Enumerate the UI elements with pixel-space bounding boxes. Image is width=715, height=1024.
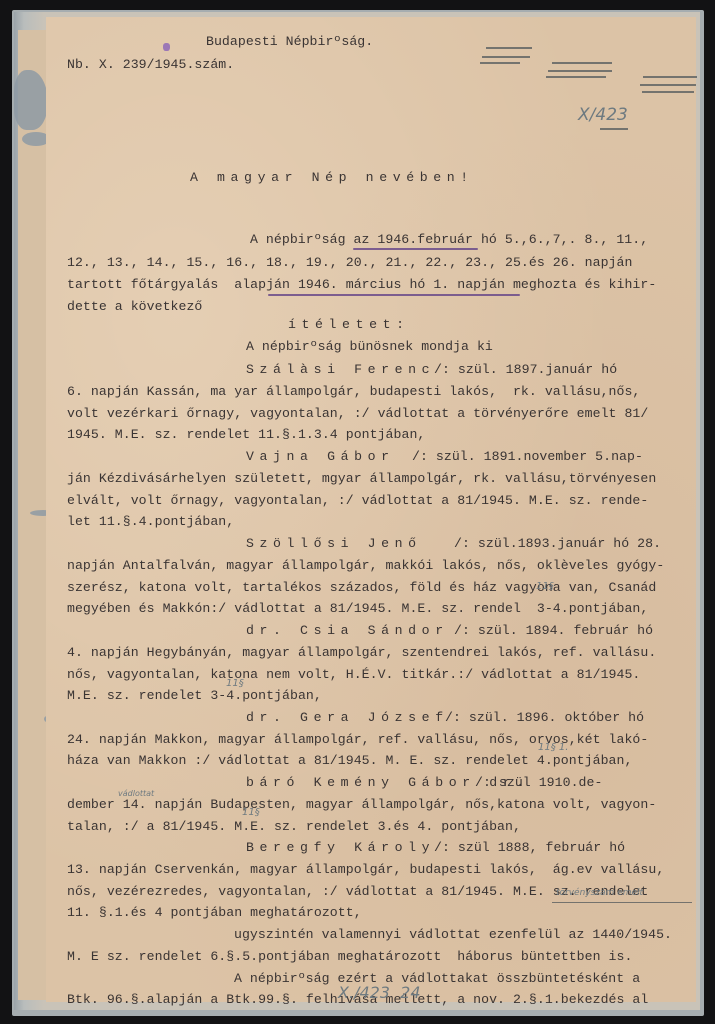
defendant-text: 4. napján Hegybányán, magyar állampolgár… xyxy=(67,646,656,659)
handwritten-annotation: 11§ xyxy=(242,807,260,818)
defendant-text: megyében és Makkón:/ vádlottat a 81/1945… xyxy=(67,602,648,615)
pencil-underline xyxy=(600,128,628,130)
closing-line-1: ugyszintén valamennyi vádlottat ezenfelü… xyxy=(234,928,672,941)
defendant-text: /: szül. 1897.január hó xyxy=(434,363,617,376)
archive-mark-bottom: X./423 24 xyxy=(338,983,421,1002)
defendant-text: /: szül 1888, február hó xyxy=(434,841,625,854)
closing-line-3: A népbirºság ezért a vádlottakat összbün… xyxy=(234,972,640,985)
defendant-text: let 11.§.4.pontjában, xyxy=(67,515,234,528)
defendant-text: dember 14. napján Budapesten, magyar áll… xyxy=(67,798,656,811)
defendant-text: 1945. M.E. sz. rendelet 11.§.1.3.4 pontj… xyxy=(67,428,425,441)
scanned-document: Budapesti Népbirºság. Nb. X. 239/1945.sz… xyxy=(0,0,715,1024)
defendant-name: Szálàsi Ferenc xyxy=(246,363,435,376)
intro-line-4: dette a következő xyxy=(67,300,202,313)
intro-line-2: 12., 13., 14., 15., 16., 18., 19., 20., … xyxy=(67,256,632,269)
defendant-text: nős, vagyontalan, katona nem volt, H.É.V… xyxy=(67,668,640,681)
defendant-text: 13. napján Cservenkán, magyar állampolgá… xyxy=(67,863,664,876)
pencil-strike xyxy=(480,62,520,64)
defendant-text: 6. napján Kassán, ma yar állampolgár, bu… xyxy=(67,385,640,398)
ink-mark xyxy=(163,43,170,51)
closing-line-2: M. E sz. rendelet 6.§.5.pontjában meghat… xyxy=(67,950,632,963)
defendant-text: napján Antalfalván, magyar állampolgár, … xyxy=(67,559,664,572)
defendant-text: háza van Makkon :/ vádlottat a 81/1945. … xyxy=(67,754,632,767)
archive-mark-top: X/423 xyxy=(578,105,628,125)
pencil-strike xyxy=(640,84,696,86)
defendant-text: szerész, katona volt, tartalékos százado… xyxy=(67,581,656,594)
defendant-name: Beregfy Károly xyxy=(246,841,435,854)
pencil-strike xyxy=(552,62,612,64)
pencil-underline xyxy=(552,902,692,903)
handwritten-annotation: 11§ xyxy=(226,678,244,689)
handwritten-annotation: 11§ xyxy=(536,581,554,592)
defendant-text: /: szül. 1896. október hó xyxy=(445,711,644,724)
defendant-text: elvált, volt őrnagy, vagyontalan, :/ vád… xyxy=(67,494,648,507)
verdict-intro: A népbirºság bünösnek mondja ki xyxy=(246,340,493,353)
handwritten-annotation: 11§ 1. xyxy=(538,742,568,753)
defendant-name: dr. Gera József xyxy=(246,711,449,724)
pencil-strike xyxy=(482,56,530,58)
intro-line-1: A népbirºság az 1946.február hó 5.,6.,7,… xyxy=(250,233,648,246)
defendant-name: dr. Csia Sándor xyxy=(246,624,449,637)
pencil-strike xyxy=(643,76,697,78)
case-number: Nb. X. 239/1945.szám. xyxy=(67,58,234,71)
pencil-strike xyxy=(546,76,606,78)
verdict-title: ítéletet: xyxy=(288,318,410,331)
defendant-text: ján Kézdivásárhelyen született, mgyar ál… xyxy=(67,472,656,485)
handwritten-annotation: törvényszám emelt xyxy=(556,888,643,898)
defendant-text: /: szül 1910.de- xyxy=(475,776,602,789)
defendant-text: M.E. sz. rendelet 3-4.pontjában, xyxy=(67,689,322,702)
defendant-text: /: szül. 1891.november 5.nap- xyxy=(412,450,643,463)
defendant-text: volt vezérkari őrnagy, vagyontalan, :/ v… xyxy=(67,407,648,420)
heading: A magyar Nép nevében! xyxy=(190,171,474,184)
defendant-text: 11. §.1.és 4 pontjában meghatározott, xyxy=(67,906,362,919)
defendant-name: Szöllősi Jenő xyxy=(246,537,422,550)
ink-underline xyxy=(353,248,478,250)
handwritten-annotation: vádlottat xyxy=(118,789,154,798)
court-name: Budapesti Népbirºság. xyxy=(206,35,373,48)
defendant-text: talan, :/ a 81/1945. M.E. sz. rendelet 3… xyxy=(67,820,521,833)
pencil-strike xyxy=(642,91,694,93)
ink-underline xyxy=(268,294,520,296)
defendant-text: /: szül.1893.január hó 28. xyxy=(454,537,661,550)
pencil-strike xyxy=(486,47,532,49)
defendant-name: Vajna Gábor xyxy=(246,450,395,463)
pencil-strike xyxy=(548,70,612,72)
defendant-text: /: szül. 1894. február hó xyxy=(454,624,653,637)
intro-line-3: tartott főtárgyalás alapján 1946. márciu… xyxy=(67,278,656,291)
